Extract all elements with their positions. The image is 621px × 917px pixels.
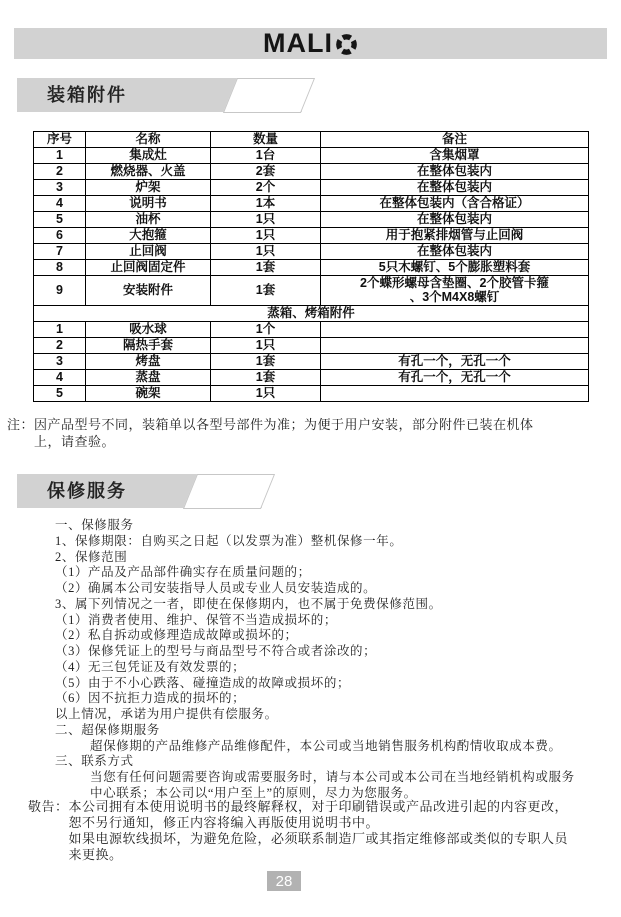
cell-remark: 在整体包装内（含合格证）	[321, 196, 589, 212]
cell-name: 安装附件	[86, 276, 211, 306]
table-row: 4 说明书 1本 在整体包装内（含合格证）	[34, 196, 589, 212]
cell-no: 3	[34, 353, 86, 369]
cell-remark: 2个蝶形螺母含垫圈、2个胶管卡箍 、3个M4X8螺钉	[321, 276, 589, 306]
cell-remark	[321, 337, 589, 353]
warranty-line: （5）由于不小心跌落、碰撞造成的故障或损坏的；	[55, 676, 600, 692]
brand-band: MALI	[14, 28, 607, 59]
cell-qty: 1个	[211, 321, 321, 337]
cell-qty: 1本	[211, 196, 321, 212]
warranty-line: （3）保修凭证上的型号与商品型号不符合或者涂改的；	[55, 644, 600, 660]
header-cell: 数量	[211, 132, 321, 148]
warranty-line: 1、保修期限：自购买之日起（以发票为准）整机保修一年。	[55, 534, 600, 550]
brand-logo-text: MALI	[263, 30, 333, 57]
brand-logo: MALI	[263, 30, 358, 57]
cell-no: 5	[34, 385, 86, 401]
cell-name: 集成灶	[86, 148, 211, 164]
cell-no: 1	[34, 148, 86, 164]
warranty-line: （1）消费者使用、维护、保管不当造成损坏的；	[55, 613, 600, 629]
cell-no: 2	[34, 164, 86, 180]
section-title-packing: 装箱附件	[17, 86, 127, 104]
table-row: 8 止回阀固定件 1套 5只木螺钉、5个膨胀塑料套	[34, 260, 589, 276]
cell-remark: 在整体包装内	[321, 164, 589, 180]
cell-remark: 用于抱紧排烟管与止回阀	[321, 228, 589, 244]
cell-remark: 在整体包装内	[321, 244, 589, 260]
cell-remark: 有孔一个，无孔一个	[321, 369, 589, 385]
cell-no: 3	[34, 180, 86, 196]
cell-remark	[321, 321, 589, 337]
cell-name: 蒸盘	[86, 369, 211, 385]
warranty-line: （2）私自拆动或修理造成故障或损坏的；	[55, 628, 600, 644]
notice-text: 本公司拥有本使用说明书的最终解释权，对于印刷错误或产品改进引起的内容更改， 恕不…	[69, 799, 569, 863]
cell-remark	[321, 385, 589, 401]
table-row: 6 大抱箍 1只 用于抱紧排烟管与止回阀	[34, 228, 589, 244]
warranty-line: 一、保修服务	[55, 518, 600, 534]
warranty-line: 超保修期的产品维修产品维修配件，本公司或当地销售服务机构酌情收取成本费。	[90, 739, 600, 755]
cell-no: 8	[34, 260, 86, 276]
cell-name: 燃烧器、火盖	[86, 164, 211, 180]
cell-qty: 1套	[211, 369, 321, 385]
warranty-line: （4）无三包凭证及有效发票的；	[55, 660, 600, 676]
table-row: 5 油杯 1只 在整体包装内	[34, 212, 589, 228]
cell-no: 7	[34, 244, 86, 260]
cell-qty: 1只	[211, 228, 321, 244]
table-row: 1 吸水球 1个	[34, 321, 589, 337]
section-header-packing: 装箱附件	[17, 78, 302, 112]
cell-qty: 1套	[211, 276, 321, 306]
table-row: 3 炉架 2个 在整体包装内	[34, 180, 589, 196]
cell-name: 炉架	[86, 180, 211, 196]
cell-no: 4	[34, 369, 86, 385]
table-row: 4 蒸盘 1套 有孔一个，无孔一个	[34, 369, 589, 385]
band-parallelogram-decoration	[183, 474, 275, 509]
cell-name: 碗架	[86, 385, 211, 401]
final-notice: 敬告： 本公司拥有本使用说明书的最终解释权，对于印刷错误或产品改进引起的内容更改…	[28, 799, 603, 863]
page-number-badge: 28	[267, 871, 301, 891]
section-title-warranty: 保修服务	[17, 482, 127, 500]
warranty-line: （1）产品及产品部件确实存在质量问题的；	[55, 565, 600, 581]
cell-qty: 1只	[211, 385, 321, 401]
cell-no: 2	[34, 337, 86, 353]
cell-remark: 在整体包装内	[321, 180, 589, 196]
cell-remark: 5只木螺钉、5个膨胀塑料套	[321, 260, 589, 276]
table-row: 2 燃烧器、火盖 2套 在整体包装内	[34, 164, 589, 180]
note-text: 因产品型号不同，装箱单以各型号部件为准；为便于用户安装，部分附件已装在机体 上，…	[34, 416, 534, 450]
table-row: 2 隔热手套 1只	[34, 337, 589, 353]
warranty-line: （2）确属本公司安装指导人员或专业人员安装造成的。	[55, 581, 600, 597]
subsection-title: 蒸箱、烤箱附件	[34, 305, 589, 321]
cell-name: 吸水球	[86, 321, 211, 337]
packing-note: 注： 因产品型号不同，装箱单以各型号部件为准；为便于用户安装，部分附件已装在机体…	[7, 416, 607, 450]
table-row: 1 集成灶 1台 含集烟罩	[34, 148, 589, 164]
warranty-line: 当您有任何问题需要咨询或需要服务时，请与本公司或本公司在当地经销机构或服务	[90, 770, 600, 786]
cell-no: 1	[34, 321, 86, 337]
warranty-line: 以上情况，承诺为用户提供有偿服务。	[55, 707, 600, 723]
cell-qty: 1只	[211, 244, 321, 260]
manual-page: MALI 装箱附件 序号 名称 数量 备注 1 集成灶 1台 含集烟罩	[0, 0, 621, 917]
cell-qty: 1套	[211, 260, 321, 276]
cell-qty: 1只	[211, 212, 321, 228]
table-row: 7 止回阀 1只 在整体包装内	[34, 244, 589, 260]
cell-name: 油杯	[86, 212, 211, 228]
header-cell: 序号	[34, 132, 86, 148]
notice-label: 敬告：	[28, 799, 69, 815]
warranty-line: 2、保修范围	[55, 550, 600, 566]
warranty-line: 3、属下列情况之一者，即使在保修期内，也不属于免费保修范围。	[55, 597, 600, 613]
segmented-ring-icon	[335, 33, 358, 56]
table-header-row: 序号 名称 数量 备注	[34, 132, 589, 148]
cell-qty: 2套	[211, 164, 321, 180]
band-parallelogram-decoration	[223, 78, 315, 113]
note-label: 注：	[7, 416, 34, 433]
cell-no: 6	[34, 228, 86, 244]
cell-qty: 2个	[211, 180, 321, 196]
packing-list-table: 序号 名称 数量 备注 1 集成灶 1台 含集烟罩 2 燃烧器、火盖 2套 在整…	[33, 131, 589, 402]
warranty-line: 三、联系方式	[55, 754, 600, 770]
warranty-line: 二、超保修期服务	[55, 723, 600, 739]
table-subsection-row: 蒸箱、烤箱附件	[34, 305, 589, 321]
cell-name: 说明书	[86, 196, 211, 212]
cell-remark: 有孔一个，无孔一个	[321, 353, 589, 369]
table-row: 9 安装附件 1套 2个蝶形螺母含垫圈、2个胶管卡箍 、3个M4X8螺钉	[34, 276, 589, 306]
section-header-warranty: 保修服务	[17, 474, 262, 508]
cell-name: 止回阀	[86, 244, 211, 260]
cell-name: 止回阀固定件	[86, 260, 211, 276]
warranty-text-block: 一、保修服务 1、保修期限：自购买之日起（以发票为准）整机保修一年。 2、保修范…	[55, 518, 600, 802]
cell-name: 大抱箍	[86, 228, 211, 244]
cell-remark: 在整体包装内	[321, 212, 589, 228]
table-row: 3 烤盘 1套 有孔一个，无孔一个	[34, 353, 589, 369]
header-cell: 名称	[86, 132, 211, 148]
cell-qty: 1套	[211, 353, 321, 369]
cell-no: 9	[34, 276, 86, 306]
cell-no: 4	[34, 196, 86, 212]
cell-name: 烤盘	[86, 353, 211, 369]
table-row: 5 碗架 1只	[34, 385, 589, 401]
cell-remark: 含集烟罩	[321, 148, 589, 164]
warranty-line: （6）因不抗拒力造成的损坏的；	[55, 691, 600, 707]
cell-qty: 1只	[211, 337, 321, 353]
header-cell: 备注	[321, 132, 589, 148]
cell-name: 隔热手套	[86, 337, 211, 353]
cell-qty: 1台	[211, 148, 321, 164]
cell-no: 5	[34, 212, 86, 228]
